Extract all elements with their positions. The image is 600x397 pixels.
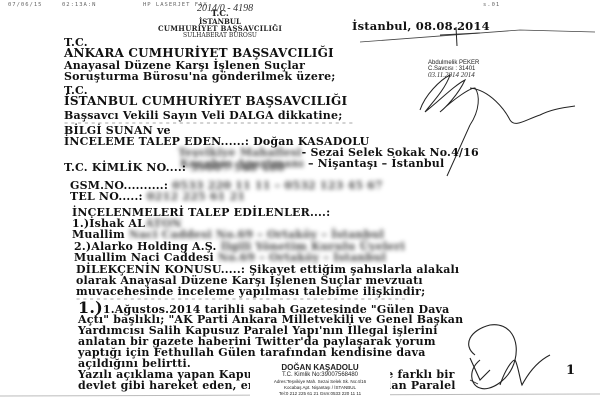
respondent-1-addr-row: Muallim Naci Caddesi No.69 – Ortaköy – İ…	[72, 229, 384, 241]
tel-row: TEL NO.....: 0212 225 61 21	[70, 191, 245, 203]
tc-id-row: T.C. KİMLİK NO....: 39007 568 480	[64, 162, 285, 174]
respondent-2-addr-row: Muallim Naci Caddesi No.69 – Ortaköy – İ…	[74, 252, 386, 264]
subject-line3: muvacehesinde inceleme yapılması talebim…	[76, 286, 425, 298]
footer-stamp-name: DOĞAN KAŞADOLU	[250, 364, 390, 372]
footer-stamp-id: T.C. Kimlik No:39007568480	[250, 372, 390, 379]
applicant-address2-tail: – Nişantaşı – İstanbul	[308, 157, 444, 170]
tel-value: 0212 225 61 21	[147, 190, 245, 203]
tc-id-value: 39007 568 480	[190, 161, 284, 174]
footer-stamp: DOĞAN KAŞADOLU T.C. Kimlik No:3900756848…	[250, 364, 390, 397]
tc-id-label: T.C. KİMLİK NO....:	[64, 161, 186, 174]
tel-label: TEL NO.....:	[70, 190, 143, 203]
page-number: 1	[566, 365, 575, 377]
footer-stamp-tel: Tel:0 212 225 61 21 Gsm:0533 220 11 11	[250, 391, 390, 397]
